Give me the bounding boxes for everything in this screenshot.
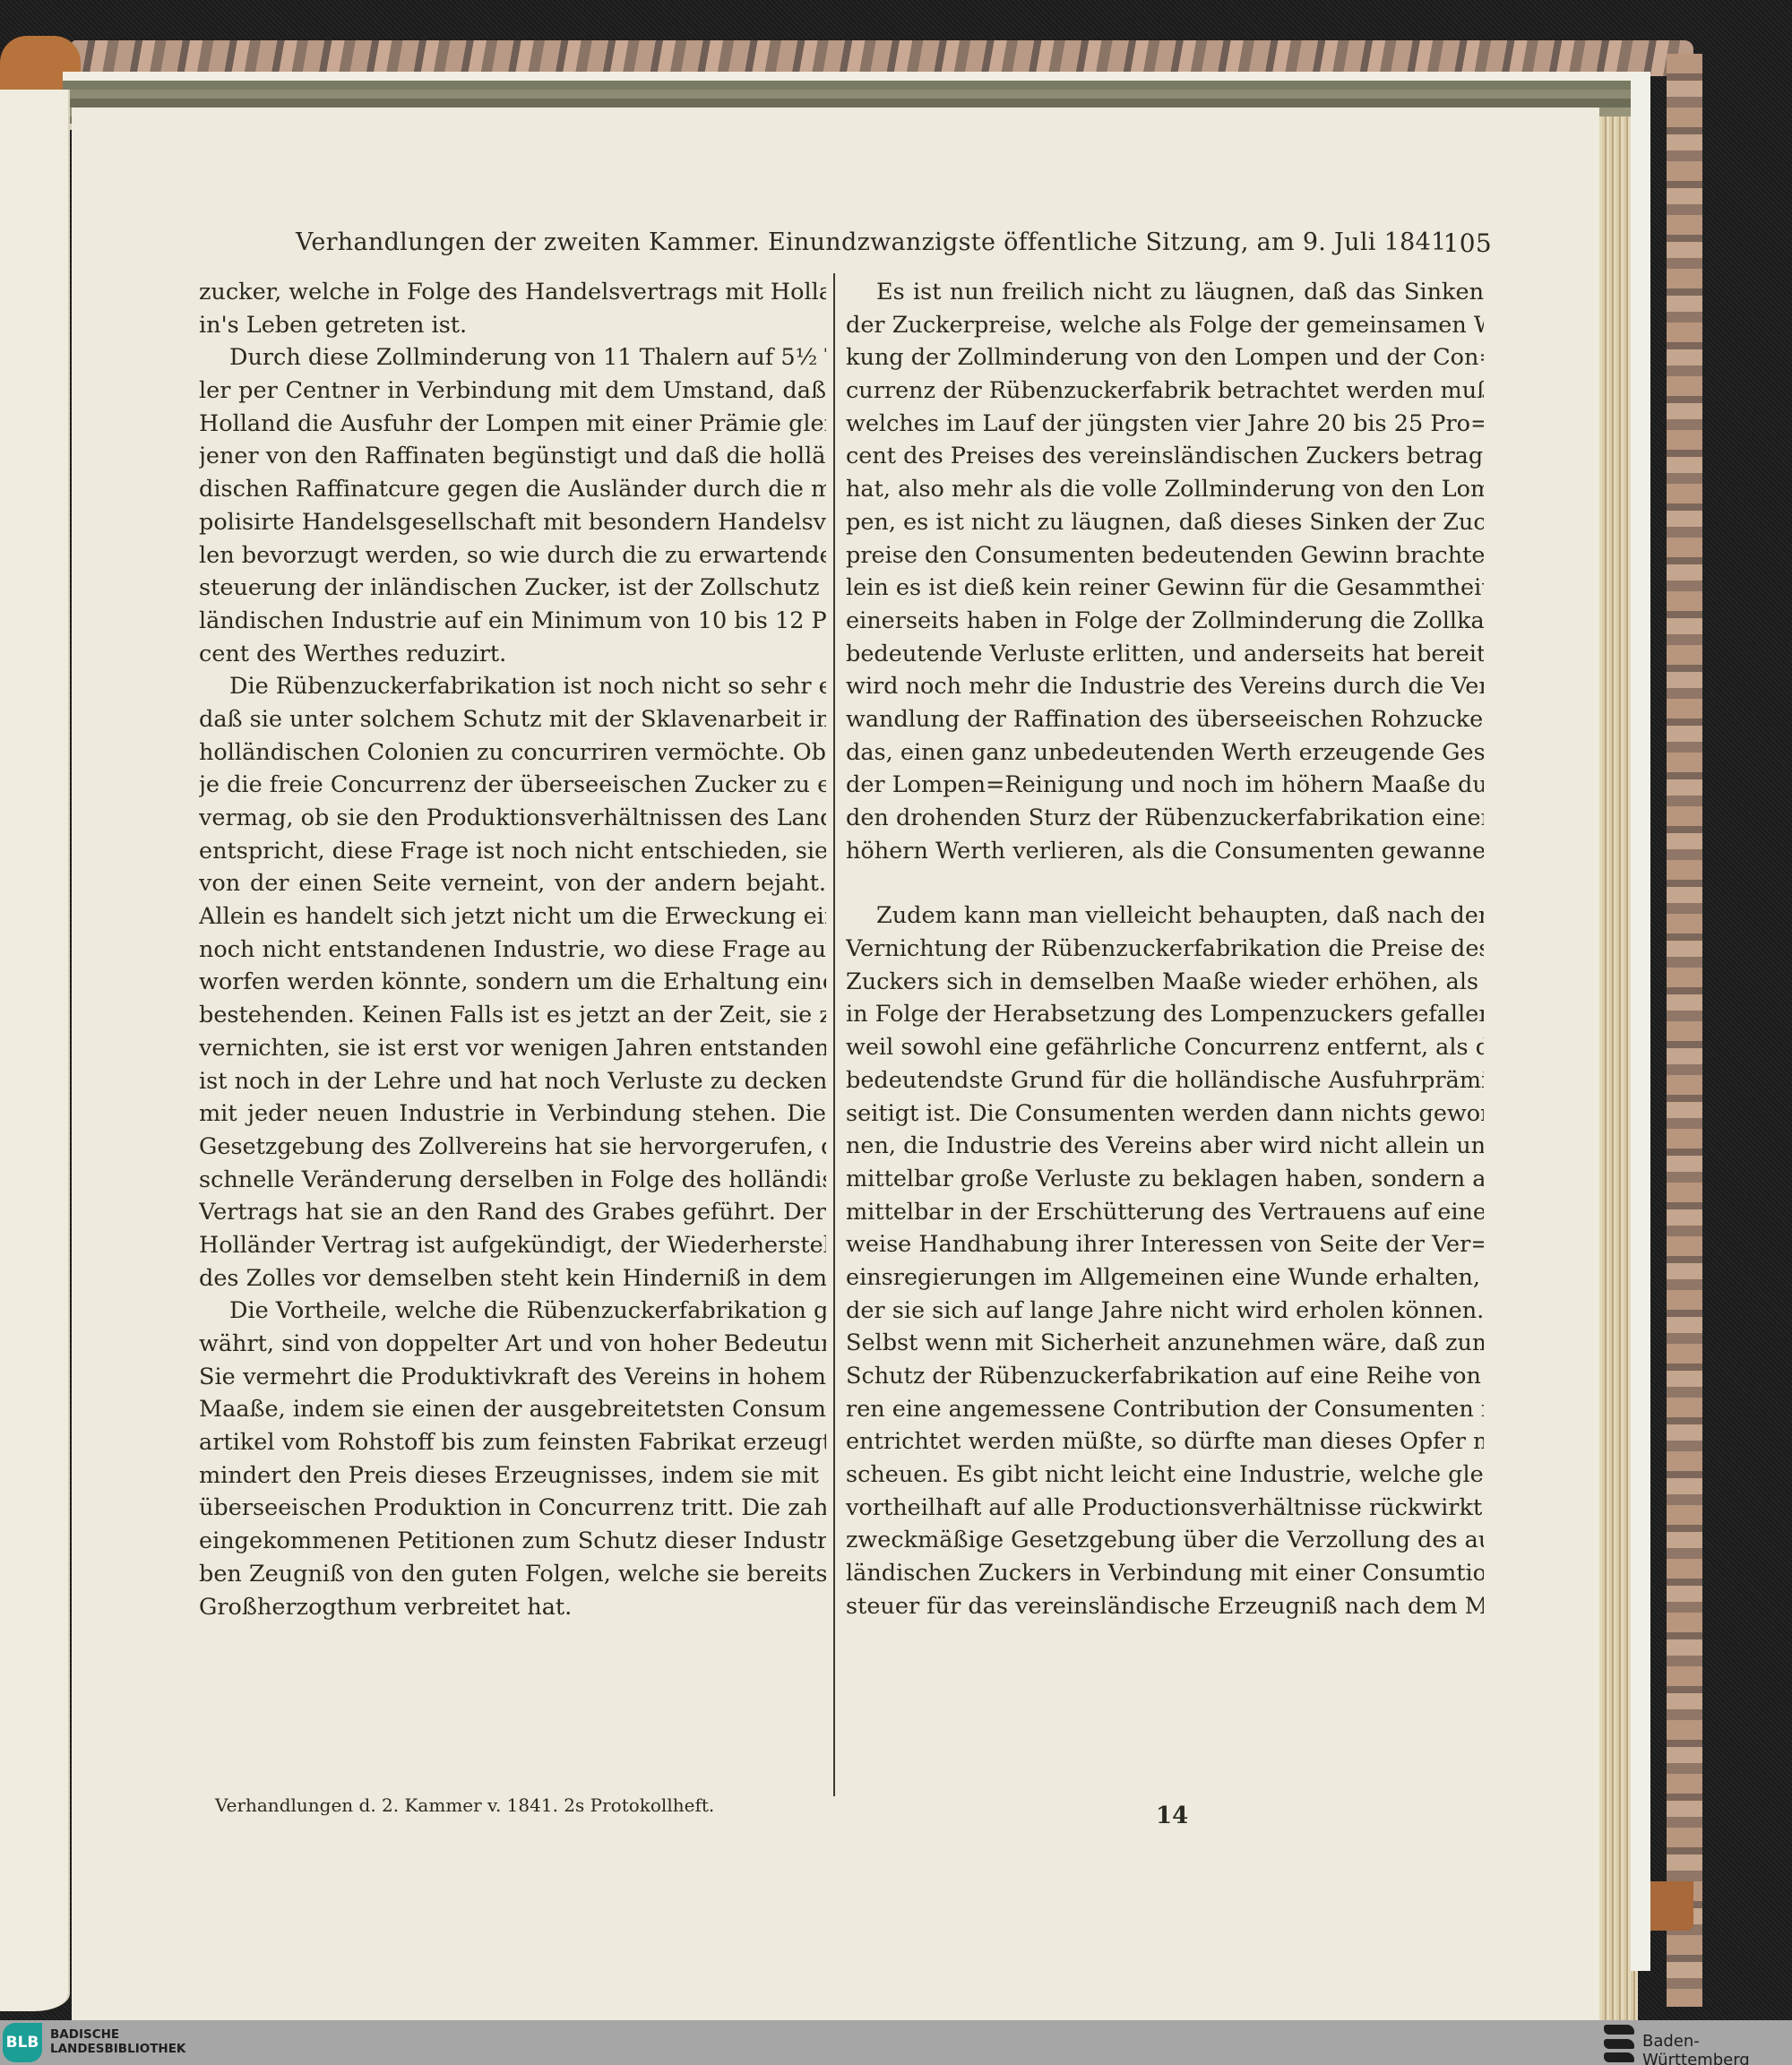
left-page-sliver [0,90,70,2011]
text-line: Vernichtung der Rübenzuckerfabrikation d… [846,933,1484,966]
text-line: Maaße, indem sie einen der ausgebreitets… [199,1393,826,1426]
text-line: kung der Zollminderung von den Lompen un… [846,341,1484,374]
text-line: zucker, welche in Folge des Handelsvertr… [199,276,826,309]
running-head: Verhandlungen der zweiten Kammer. Einund… [296,228,1492,264]
text-line: höhern Werth verlieren, als die Consumen… [846,835,1484,868]
text-line: der Zuckerpreise, welche als Folge der g… [846,309,1484,342]
text-line: scheuen. Es gibt nicht leicht eine Indus… [846,1458,1484,1492]
text-line: bestehenden. Keinen Falls ist es jetzt a… [199,999,826,1032]
text-line: den drohenden Sturz der Rübenzuckerfabri… [846,802,1484,835]
left-text-column: zucker, welche in Folge des Handelsvertr… [199,276,826,1623]
text-line: Zudem kann man vielleicht behaupten, daß… [846,899,1484,933]
text-line: welches im Lauf der jüngsten vier Jahre … [846,408,1484,441]
text-line: preise den Consumenten bedeutenden Gewin… [846,539,1484,572]
text-line: in Folge der Herabsetzung des Lompenzuck… [846,998,1484,1031]
text-line: je die freie Concurrenz der überseeische… [199,769,826,802]
text-line: daß sie unter solchem Schutz mit der Skl… [199,703,826,736]
text-line: ren eine angemessene Contribution der Co… [846,1393,1484,1426]
text-line: überseeischen Produktion in Concurrenz t… [199,1492,826,1525]
text-line: worfen werden könnte, sondern um die Erh… [199,966,826,999]
text-line: lein es ist dieß kein reiner Gewinn für … [846,572,1484,605]
text-line: von der einen Seite verneint, von der an… [199,867,826,900]
blb-logo-mark: BLB [6,2034,39,2052]
text-line: eingekommenen Petitionen zum Schutz dies… [199,1525,826,1558]
text-line: entspricht, diese Frage ist noch nicht e… [199,835,826,868]
text-line: das, einen ganz unbedeutenden Werth erze… [846,736,1484,770]
text-line: jener von den Raffinaten begünstigt und … [199,440,826,473]
text-line: vortheilhaft auf alle Productionsverhält… [846,1492,1484,1525]
text-line: Allein es handelt sich jetzt nicht um di… [199,900,826,934]
text-line: Die Rübenzuckerfabrikation ist noch nich… [199,670,826,703]
blb-logo-icon[interactable]: BLB [3,2023,42,2062]
text-line: currenz der Rübenzuckerfabrik betrachtet… [846,374,1484,408]
text-line: schnelle Veränderung derselben in Folge … [199,1164,826,1197]
page-number: 105 [1443,228,1492,258]
three-lions-coat-of-arms-icon [1604,2025,1634,2062]
text-line: Durch diese Zollminderung von 11 Thalern… [199,341,826,374]
text-line: ländischen Zuckers in Verbindung mit ein… [846,1557,1484,1590]
text-line: ist noch in der Lehre und hat noch Verlu… [199,1065,826,1098]
text-line: weise Handhabung ihrer Interessen von Se… [846,1228,1484,1261]
text-line: vermag, ob sie den Produktionsverhältnis… [199,802,826,835]
text-line: des Zolles vor demselben steht kein Hind… [199,1262,826,1295]
text-line: nen, die Industrie des Vereins aber wird… [846,1130,1484,1163]
column-rule [833,273,835,1796]
text-line: ler per Centner in Verbindung mit dem Um… [199,374,826,408]
text-line: in's Leben getreten ist. [199,309,826,342]
text-line: vernichten, sie ist erst vor wenigen Jah… [199,1032,826,1065]
text-line: steuer für das vereinsländische Erzeugni… [846,1590,1484,1623]
text-line: ländischen Industrie auf ein Minimum von… [199,605,826,638]
marbled-cover-right [1667,54,1702,2007]
text-line: ben Zeugniß von den guten Folgen, welche… [199,1558,826,1591]
text-line: seitigt ist. Die Consumenten werden dann… [846,1097,1484,1131]
viewer-footer-bar [0,2020,1792,2065]
text-line: zweckmäßige Gesetzgebung über die Verzol… [846,1524,1484,1557]
text-line: pen, es ist nicht zu läugnen, daß dieses… [846,506,1484,539]
text-line: bedeutende Verluste erlitten, und anders… [846,638,1484,671]
blb-logo-text[interactable]: BADISCHE LANDESBIBLIOTHEK [50,2027,185,2056]
text-line: Vertrags hat sie an den Rand des Grabes … [199,1196,826,1229]
text-line: Holländer Vertrag ist aufgekündigt, der … [199,1229,826,1262]
text-line: der sie sich auf lange Jahre nicht wird … [846,1295,1484,1328]
text-line: Holland die Ausfuhr der Lompen mit einer… [199,408,826,441]
text-line: entrichtet werden müßte, so dürfte man d… [846,1425,1484,1458]
text-line: weil sowohl eine gefährliche Concurrenz … [846,1031,1484,1064]
printer-signature: 14 [1156,1803,1188,1829]
text-line: Es ist nun freilich nicht zu läugnen, da… [846,276,1484,309]
text-line: len bevorzugt werden, so wie durch die z… [199,539,826,572]
text-line: polisirte Handelsgesellschaft mit besond… [199,506,826,539]
text-line: mit jeder neuen Industrie in Verbindung … [199,1097,826,1131]
text-line: wird noch mehr die Industrie des Vereins… [846,670,1484,703]
text-line: hat, also mehr als die volle Zollminderu… [846,473,1484,506]
text-line: artikel vom Rohstoff bis zum feinsten Fa… [199,1426,826,1459]
blb-logo-line1: BADISCHE [50,2027,185,2042]
text-line [846,867,1484,899]
text-line: einerseits haben in Folge der Zollminder… [846,605,1484,638]
text-line: einsregierungen im Allgemeinen eine Wund… [846,1261,1484,1295]
footnote-source: Verhandlungen d. 2. Kammer v. 1841. 2s P… [215,1794,714,1816]
text-line: noch nicht entstandenen Industrie, wo di… [199,934,826,967]
text-line: steuerung der inländischen Zucker, ist d… [199,572,826,605]
marbled-cover-top [72,40,1693,76]
text-line: der Lompen=Reinigung und noch im höhern … [846,769,1484,802]
text-line: wandlung der Raffination des überseeisch… [846,703,1484,736]
text-line: Schutz der Rübenzuckerfabrikation auf ei… [846,1360,1484,1393]
text-line: dischen Raffinatcure gegen die Ausländer… [199,473,826,506]
text-line: cent des Werthes reduzirt. [199,638,826,671]
flyleaf [1631,72,1650,1971]
text-line: cent des Preises des vereinsländischen Z… [846,440,1484,473]
baden-wuerttemberg-logo-text[interactable]: Baden-Württemberg [1642,2032,1792,2065]
text-line: bedeutendste Grund für die holländische … [846,1064,1484,1097]
text-line: Selbst wenn mit Sicherheit anzunehmen wä… [846,1327,1484,1360]
blb-logo-line2: LANDESBIBLIOTHEK [50,2042,185,2056]
running-head-title: Verhandlungen der zweiten Kammer. Einund… [296,228,1454,256]
text-line: Die Vortheile, welche die Rübenzuckerfab… [199,1295,826,1328]
text-line: währt, sind von doppelter Art und von ho… [199,1328,826,1361]
text-line: holländischen Colonien zu concurriren ve… [199,736,826,770]
text-line: Großherzogthum verbreitet hat. [199,1591,826,1624]
text-line: mindert den Preis dieses Erzeugnisses, i… [199,1459,826,1493]
right-text-column: Es ist nun freilich nicht zu läugnen, da… [846,276,1484,1623]
text-line: Zuckers sich in demselben Maaße wieder e… [846,966,1484,999]
text-line: Gesetzgebung des Zollvereins hat sie her… [199,1131,826,1164]
text-line: mittelbar in der Erschütterung des Vertr… [846,1196,1484,1229]
text-line: mittelbar große Verluste zu beklagen hab… [846,1163,1484,1196]
text-line: Sie vermehrt die Produktivkraft des Vere… [199,1361,826,1394]
